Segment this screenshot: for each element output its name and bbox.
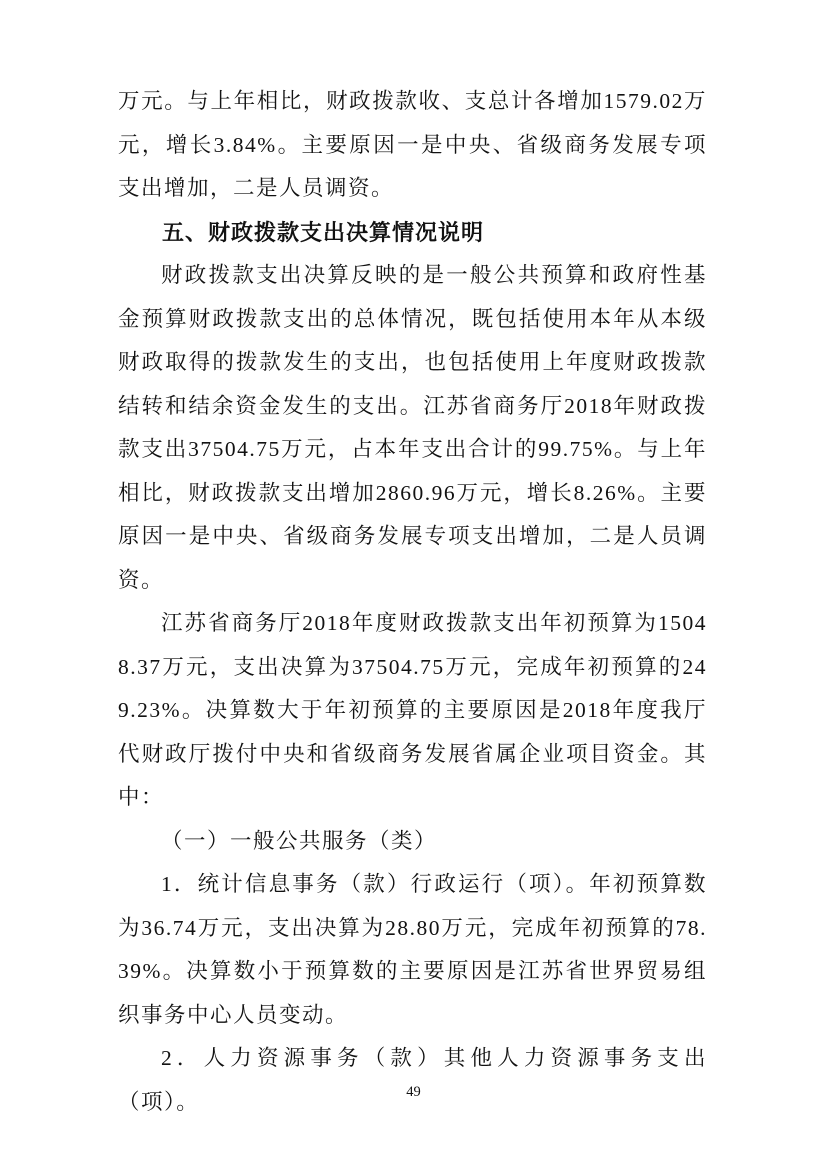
paragraph-subsection-general-public-services: （一）一般公共服务（类） xyxy=(118,820,707,864)
paragraph-item-1-statistics-affairs: 1．统计信息事务（款）行政运行（项）。年初预算数为36.74万元，支出决算为28… xyxy=(118,863,707,1037)
paragraph-item-2-human-resources: 2．人力资源事务（款）其他人力资源事务支出（项）。 xyxy=(118,1037,707,1124)
document-page: 万元。与上年相比，财政拨款收、支总计各增加1579.02万元，增长3.84%。主… xyxy=(0,0,827,1169)
paragraph-fiscal-expenditure-overview: 财政拨款支出决算反映的是一般公共预算和政府性基金预算财政拨款支出的总体情况，既包… xyxy=(118,254,707,602)
page-content: 万元。与上年相比，财政拨款收、支总计各增加1579.02万元，增长3.84%。主… xyxy=(0,0,827,1124)
section-heading: 五、财政拨款支出决算情况说明 xyxy=(118,211,707,255)
paragraph-budget-vs-final: 江苏省商务厅2018年度财政拨款支出年初预算为15048.37万元，支出决算为3… xyxy=(118,602,707,820)
paragraph-continuation: 万元。与上年相比，财政拨款收、支总计各增加1579.02万元，增长3.84%。主… xyxy=(118,80,707,211)
page-number: 49 xyxy=(0,1084,827,1101)
